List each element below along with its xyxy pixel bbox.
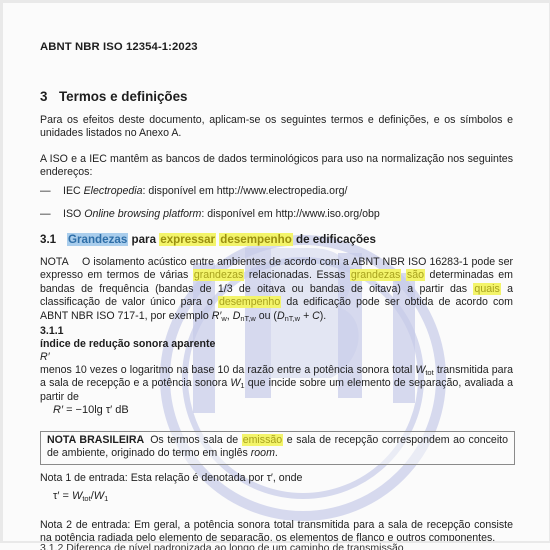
subsection-number: 3.1 (40, 233, 67, 246)
subsection-heading: 3.1Grandezas para expressar desempenho d… (40, 233, 376, 246)
term-symbol: R′ (40, 351, 50, 364)
highlight-yellow[interactable]: desempenho (218, 296, 281, 308)
nota-brasileira-label: NOTA BRASILEIRA (47, 434, 144, 446)
iso-iec-paragraph: A ISO e a IEC mantêm as bancos de dados … (40, 153, 513, 180)
section-heading: 3Termos e definições (40, 90, 188, 103)
list-item: —ISO Online browsing platform: disponíve… (40, 208, 380, 221)
standard-id: ABNT NBR ISO 12354-1:2023 (40, 41, 198, 54)
highlight-selected[interactable]: Grandezas (67, 233, 128, 246)
highlight-yellow[interactable]: grandezas (193, 269, 244, 281)
next-page-strip: 3.1.2 Diferença de nível padronizada ao … (0, 543, 550, 550)
formula-r-prime: R′ = −10lg τ′ dB (53, 404, 129, 417)
formula-tau-prime: τ′ = Wtot/W1 (53, 490, 108, 503)
list-item: —IEC Electropedia: disponível em http://… (40, 185, 347, 198)
term-number: 3.1.1 (40, 325, 64, 338)
entry-note-2: Nota 2 de entrada: Em geral, a potência … (40, 519, 513, 541)
note-paragraph: NOTAO isolamento acústico entre ambiente… (40, 256, 513, 323)
term-definition: menos 10 vezes o logaritmo na base 10 da… (40, 364, 513, 404)
cut-off-line: 3.1.2 Diferença de nível padronizada ao … (40, 543, 404, 550)
entry-note-1: Nota 1 de entrada: Esta relação é denota… (40, 472, 513, 485)
nota-brasileira-box: NOTA BRASILEIRAOs termos sala de emissão… (40, 431, 515, 465)
highlight-yellow[interactable]: grandezas (350, 269, 401, 281)
highlight-yellow[interactable]: quais (473, 283, 500, 295)
highlight-yellow[interactable]: desempenho (219, 233, 293, 246)
term-name: índice de redução sonora aparente (40, 338, 215, 351)
section-number: 3 (40, 90, 59, 103)
highlight-yellow[interactable]: expressar (159, 233, 216, 246)
highlight-yellow[interactable]: emissão (242, 434, 283, 446)
section-intro: Para os efeitos deste documento, aplicam… (40, 114, 513, 141)
list-dash: — (40, 185, 63, 198)
note-label: NOTA (40, 256, 82, 269)
document-page: ABNT NBR ISO 12354-1:2023 3Termos e defi… (3, 3, 549, 541)
list-dash: — (40, 208, 63, 221)
iso-obp-link[interactable]: : disponível em http://www.iso.org/obp (201, 208, 379, 220)
electropedia-link[interactable]: : disponível em http://www.electropedia.… (143, 185, 348, 197)
highlight-yellow[interactable]: são (406, 269, 425, 281)
section-title: Termos e definições (59, 89, 188, 104)
